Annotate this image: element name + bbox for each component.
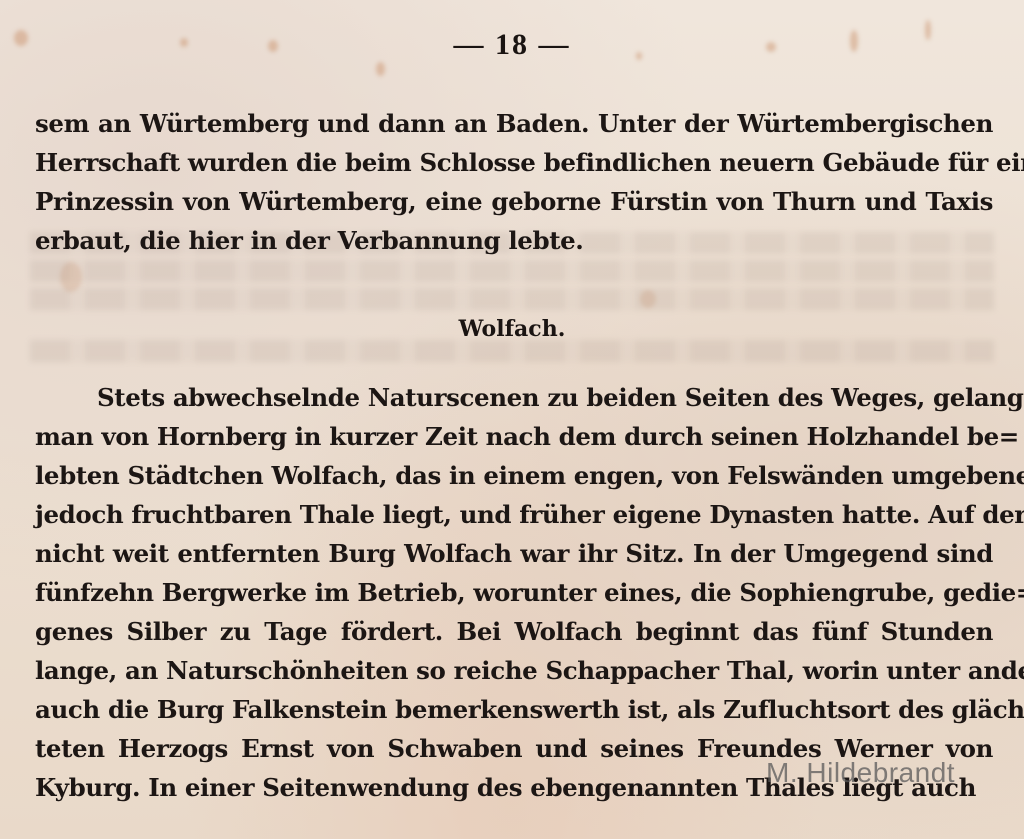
bleed-through-text	[30, 340, 994, 362]
text-line: nicht weit entfernten Burg Wolfach war i…	[35, 534, 993, 574]
foxing-spot	[376, 62, 385, 76]
bleed-through-text	[30, 288, 994, 310]
text-line: erbaut, die hier in der Verbannung lebte…	[35, 221, 993, 261]
watermark: M. Hildebrandt	[766, 757, 955, 789]
text-line: man von Hornberg in kurzer Zeit nach dem…	[35, 417, 993, 457]
bleed-through-text	[30, 260, 994, 282]
section-heading: Wolfach.	[0, 316, 1024, 342]
text-line: fünfzehn Bergwerke im Betrieb, worunter …	[35, 573, 993, 613]
text-line: lebten Städtchen Wolfach, das in einem e…	[35, 456, 993, 496]
text-line: Stets abwechselnde Naturscenen zu beiden…	[35, 378, 993, 418]
text-line: Herrschaft wurden die beim Schlosse befi…	[35, 143, 993, 183]
text-line: sem an Würtemberg und dann an Baden. Unt…	[35, 104, 993, 144]
text-line: auch die Burg Falkenstein bemerkenswerth…	[35, 690, 993, 730]
text-line: genes Silber zu Tage fördert. Bei Wolfac…	[35, 612, 993, 652]
text-line: lange, an Naturschönheiten so reiche Sch…	[35, 651, 993, 691]
page-number: — 18 —	[0, 28, 1024, 62]
text-line: jedoch fruchtbaren Thale liegt, und früh…	[35, 495, 993, 535]
text-line: Prinzessin von Würtemberg, eine geborne …	[35, 182, 993, 222]
